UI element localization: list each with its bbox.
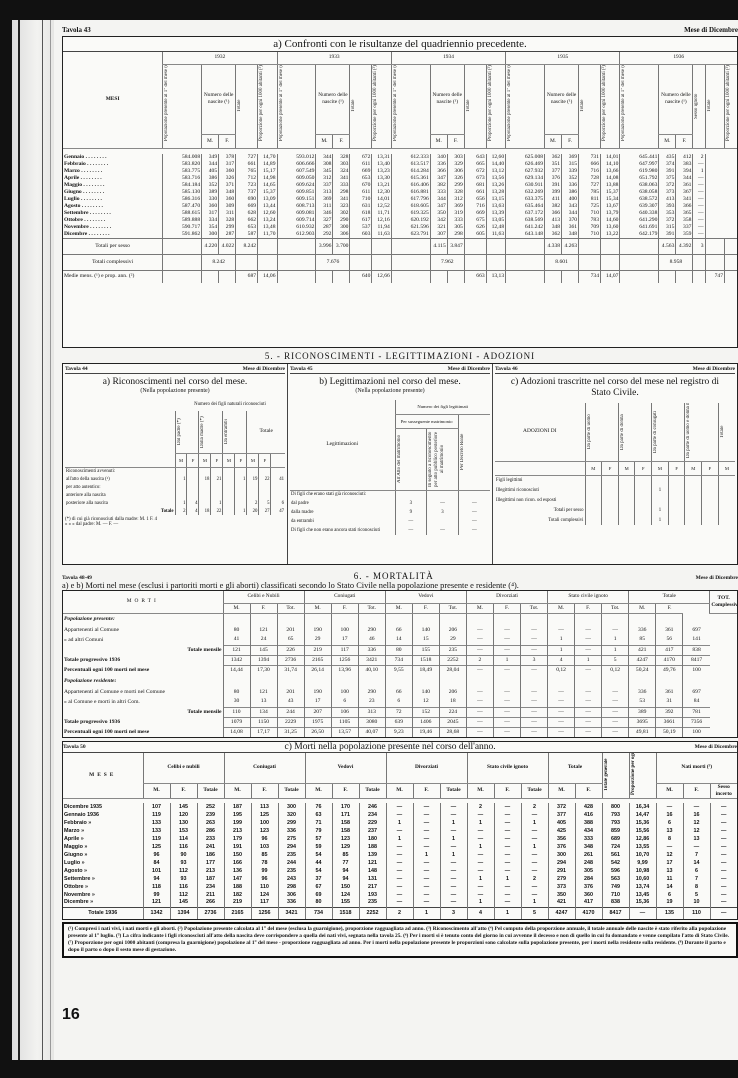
sub-header: F. — [250, 603, 277, 613]
table-row: dal padre3—— — [290, 499, 490, 508]
cell: 627.932 — [506, 168, 545, 175]
sub-header: F. — [493, 603, 520, 613]
table-row: Febbraio »133130263199100299711582291—11… — [63, 819, 737, 827]
col-popolazione: Popolazione presente al 1° del mese (esc… — [621, 71, 627, 141]
table-44-subtitle: (Nella popolazione presente) — [65, 388, 285, 394]
cell: 13,63 — [486, 203, 505, 210]
cell: 638.569 — [506, 217, 545, 224]
cell: 13,24 — [258, 217, 277, 224]
col-proporzione: Proporzione per ogni 1000 abitanti (²) — [726, 71, 732, 141]
table-row: Maggio »12511624119110329459129188———1—1… — [63, 843, 737, 851]
cell: 348 — [562, 231, 579, 239]
sub-header: Sesso incerto — [710, 783, 737, 798]
cell: 372 — [659, 182, 676, 189]
footnotes: (¹) Compresi i nati vivi, i nati morti e… — [62, 922, 738, 958]
cell: 13,09 — [258, 196, 277, 203]
cell: 14,10 — [600, 161, 619, 168]
col-numero-nascite: Numero delle nascite (¹) — [545, 64, 579, 134]
cell: 662 — [236, 217, 258, 224]
sub-header: M — [199, 453, 211, 467]
table-row: Agosto »101112213136992355494148——————29… — [63, 867, 737, 875]
cell: 389 — [202, 189, 219, 196]
cell: 661 — [236, 161, 258, 168]
year-1936: 1936 — [620, 52, 737, 64]
cell: 630.911 — [506, 182, 545, 189]
cell: 626 — [464, 224, 486, 231]
cell: 365 — [676, 210, 693, 217]
table-row: Dicembre . . . . . . . .591.862300287587… — [63, 231, 737, 239]
table-43: a) Confronti con le risultanze del quadr… — [62, 36, 738, 348]
cell: 727 — [236, 154, 258, 161]
cell: 317 — [219, 161, 236, 168]
cell: 399 — [545, 189, 562, 196]
table-row: posteriore alla nascita141256 — [65, 499, 285, 507]
cell: 609.624 — [277, 182, 316, 189]
table-row: Gennaio 193611912023919512532063171234——… — [63, 811, 737, 819]
col-numero-nascite: Numero delle nascite (¹) — [430, 64, 464, 134]
cell: 341 — [333, 196, 350, 203]
tavola-50-label: Tavola 50 — [63, 744, 86, 750]
cell: 625.008 — [506, 154, 545, 161]
month-name: Febbraio . . . . . . . . — [63, 161, 163, 168]
cell: 344 — [202, 161, 219, 168]
col-proporzione: Proporzione per ogni 1000 abitanti (²) — [488, 71, 494, 141]
cell: 344 — [316, 154, 333, 161]
cell: 13,22 — [600, 231, 619, 239]
sub-header: Tot. — [602, 603, 629, 613]
cell: 366 — [430, 168, 447, 175]
cell: 342 — [430, 217, 447, 224]
col-sesso-ignoto: Sesso ignoto — [694, 71, 700, 141]
cell: 306 — [333, 231, 350, 239]
cell: 311 — [219, 210, 236, 217]
cell: 15,37 — [600, 189, 619, 196]
cell: 13,21 — [372, 182, 391, 189]
col-dalla-madre: Dalla madre (*) — [200, 413, 206, 451]
table-row: Maggio . . . . . . . .584.18435237172314… — [63, 182, 737, 189]
cell: 716 — [464, 203, 486, 210]
sub-header: F. — [331, 603, 358, 613]
table-row: Dicembre »12114526621911733680155235———1… — [63, 899, 737, 907]
sub-header: Totale — [440, 783, 467, 798]
cell — [705, 182, 724, 189]
cell: 393 — [659, 203, 676, 210]
cell: 321 — [430, 224, 447, 231]
col-da-entrambi: Da entrambi — [224, 413, 230, 451]
cell: 583.716 — [163, 175, 202, 182]
table-row: Luglio . . . . . . . .586.31633036069013… — [63, 196, 737, 203]
table-row: Totale progressivo 193613421394273621651… — [63, 655, 737, 665]
sub-header: F — [259, 453, 271, 467]
cell: 14,01 — [600, 154, 619, 161]
cell: 382 — [545, 203, 562, 210]
cell: 302 — [333, 210, 350, 217]
sub-header: M — [223, 453, 235, 467]
tot-complessivo-header: TOT. Complessivo — [710, 591, 737, 613]
cell: 14,98 — [258, 175, 277, 182]
cell: 647.997 — [620, 161, 659, 168]
page-header: Tavola 43 Mese di Dicembre — [62, 26, 738, 36]
sub-header: F. — [494, 783, 521, 798]
month-name: Aprile . . . . . . . . — [63, 175, 163, 182]
col-popolazione: Popolazione presente al 1° del mese (esc… — [507, 71, 513, 141]
sub-header: Totale — [521, 783, 548, 798]
page-number: 16 — [62, 1006, 80, 1024]
cell — [705, 224, 724, 231]
cell: 386 — [562, 189, 579, 196]
table-row: Totale mensile11013424420710631372152224… — [63, 707, 737, 717]
sub-header: M. — [223, 603, 250, 613]
cell: 383 — [676, 161, 693, 168]
cell: 359 — [676, 231, 693, 239]
totali-complessivi-row: Totali complessivi8.2427.6767.9628.6018.… — [63, 255, 737, 271]
cell: 603 — [350, 231, 372, 239]
sub-header: Tot. — [521, 603, 548, 613]
cell: 328 — [447, 189, 464, 196]
sub-header: F — [211, 453, 223, 467]
total-row: Totale 193613421394273621651256342173415… — [63, 907, 737, 919]
cell: 382 — [430, 182, 447, 189]
cell: 341 — [333, 175, 350, 182]
cell: 606.666 — [277, 161, 316, 168]
sub-header: M. — [304, 603, 331, 613]
col-f: F. — [333, 134, 350, 148]
cell: — — [693, 210, 705, 217]
cell: 369 — [447, 203, 464, 210]
month-name: Agosto . . . . . . . . — [63, 203, 163, 210]
table-45-grid: Legittimazioni Numero dei figli legittim… — [290, 400, 490, 535]
table-44-note-2: » » » dal padre: M. — F. — — [65, 522, 285, 527]
cell: 643.148 — [506, 231, 545, 239]
sub-header: F. — [575, 603, 602, 613]
cell: 640.338 — [620, 210, 659, 217]
cell: 350 — [430, 210, 447, 217]
cell: 362 — [545, 231, 562, 239]
table-row: Popolazione presente: — [63, 613, 737, 625]
col-numero-nascite: Numero delle nascite (¹) — [202, 64, 236, 134]
cell: 12,52 — [372, 203, 391, 210]
cell: 14,70 — [258, 154, 277, 161]
table-row: Aprile . . . . . . . .583.71638632671214… — [63, 175, 737, 182]
cell: 13,40 — [372, 161, 391, 168]
cell: 731 — [579, 154, 601, 161]
cell: — — [693, 189, 705, 196]
table-row: Popolazione residente: — [63, 675, 737, 687]
cell: 13,88 — [600, 182, 619, 189]
tavola-label: Tavola 43 — [62, 26, 91, 36]
sub-header: M. — [466, 603, 493, 613]
month-name: Giugno . . . . . . . . — [63, 189, 163, 196]
cell: 1 — [693, 168, 705, 175]
cell: 323 — [333, 203, 350, 210]
month-label: Mese di Dicembre — [684, 26, 738, 36]
sub-header — [271, 453, 285, 467]
table-row: » ad altri Comuni412465291746141529———1—… — [63, 635, 737, 645]
col-m: M. — [659, 134, 676, 148]
sub-header: F. — [251, 783, 278, 798]
cell: 13,44 — [258, 203, 277, 210]
cell: 348 — [219, 189, 236, 196]
cell: 344 — [430, 196, 447, 203]
cell: 14,60 — [600, 217, 619, 224]
cell — [705, 168, 724, 175]
cell: 583.775 — [163, 168, 202, 175]
cell: 305 — [447, 224, 464, 231]
col-totale: Totale — [247, 411, 285, 453]
cell: 308 — [316, 161, 333, 168]
cell: 405 — [202, 168, 219, 175]
table-row: Figli legittimi — [495, 475, 735, 485]
cell: 645.441 — [620, 154, 659, 161]
table-row: da entrambi—— — [290, 517, 490, 526]
table-row: Totale mensile12114522621911733680155235… — [63, 645, 737, 655]
sub-header: F — [235, 453, 247, 467]
cell: 13,12 — [486, 168, 505, 175]
cell: 360 — [219, 196, 236, 203]
cell: 13,56 — [486, 175, 505, 182]
cell: 341 — [676, 196, 693, 203]
legittimazioni-header: Legittimazioni — [290, 400, 395, 490]
cell: 607.549 — [277, 168, 316, 175]
month-name: Novembre . . . . . . . . — [63, 224, 163, 231]
table-44-title: a) Riconoscimenti nel corso del mese. — [65, 377, 285, 388]
month-name: Ottobre . . . . . . . . — [63, 217, 163, 224]
sub-header: M — [685, 461, 702, 475]
cell: 643 — [464, 154, 486, 161]
cell: 709 — [579, 224, 601, 231]
col-f: F. — [562, 134, 579, 148]
cell: 611 — [350, 161, 372, 168]
table-row: Agosto . . . . . . . .587.47036030966913… — [63, 203, 737, 210]
cell: 343 — [562, 203, 579, 210]
cell: 537 — [350, 224, 372, 231]
cell — [705, 189, 724, 196]
cell: 14,01 — [372, 196, 391, 203]
col-donna: Da parte di donna — [620, 406, 626, 458]
sub-header: F. — [412, 603, 439, 613]
cell: 14,08 — [600, 175, 619, 182]
cell: 609.714 — [277, 217, 316, 224]
sub-header: M. — [385, 603, 412, 613]
cell: 616.406 — [391, 182, 430, 189]
col-atto-matrimonio: All'Atto del matrimonio — [397, 430, 403, 488]
cell: 13,60 — [600, 224, 619, 231]
cell: 374 — [659, 161, 676, 168]
cell: — — [693, 196, 705, 203]
table-50: Tavola 50 c) Morti nella popolazione pre… — [62, 741, 738, 920]
adozioni-header: ADOZIONI DI — [495, 403, 585, 461]
cell: 317 — [202, 210, 219, 217]
cell: 337 — [316, 182, 333, 189]
month-name: Maggio . . . . . . . . — [63, 182, 163, 189]
cell: 618.605 — [391, 203, 430, 210]
cell: 348 — [545, 224, 562, 231]
mese-header: MESE — [63, 753, 143, 798]
cell: 609.851 — [277, 189, 316, 196]
month-name: Gennaio . . . . . . . . — [63, 154, 163, 161]
sub-header: M. — [467, 783, 494, 798]
table-row: anteriore alla nascita — [65, 491, 285, 499]
cell: 300 — [333, 224, 350, 231]
table-43-title: a) Confronti con le risultanze del quadr… — [63, 37, 737, 52]
sub-header: M. — [224, 783, 251, 798]
cell: 337 — [676, 224, 693, 231]
cell: 672 — [350, 154, 372, 161]
cell: 333 — [430, 189, 447, 196]
sub-header: M — [247, 453, 259, 467]
cell: 361 — [562, 224, 579, 231]
cell — [705, 154, 724, 161]
group-header: Vedovi — [385, 591, 466, 603]
sub-header: M — [175, 453, 187, 467]
cell: 591.862 — [163, 231, 202, 239]
table-row: Di figli che non erano ancora stati rico… — [290, 526, 490, 535]
group-header: Totale — [629, 591, 710, 603]
cell: 339 — [562, 168, 579, 175]
cell: 638.572 — [620, 196, 659, 203]
cell: 609.050 — [277, 175, 316, 182]
cell: 326 — [447, 175, 464, 182]
cell: 333 — [447, 217, 464, 224]
month-name: Settembre . . . . . . . . — [63, 210, 163, 217]
cell: 623.791 — [391, 231, 430, 239]
table-row: Percentuali ogni 100 morti nel mese14,44… — [63, 665, 737, 675]
table-row: Luglio »8493177166782444477121——————2942… — [63, 859, 737, 867]
table-row: Settembre »9493187147962433794131———1122… — [63, 875, 737, 883]
cell: 586.316 — [163, 196, 202, 203]
cell: 609.151 — [277, 196, 316, 203]
cell: 15,37 — [258, 189, 277, 196]
table-50-title: c) Morti nella popolazione presente nel … — [285, 742, 496, 752]
tavola-45-label: Tavola 45 — [290, 366, 313, 372]
year-1935: 1935 — [506, 52, 620, 64]
cell: 307 — [430, 231, 447, 239]
table-46: Tavola 46 Mese di Dicembre c) Adozioni t… — [493, 364, 737, 564]
table-row: Percentuali ogni 100 morti nel mese14,08… — [63, 727, 737, 737]
col-numero-nascite: Numero delle nascite (¹) — [659, 64, 693, 134]
col-popolazione: Popolazione presente al 1° del mese (esc… — [393, 71, 399, 141]
table-row: Totale2418221202747 — [65, 507, 285, 515]
cell: 287 — [316, 224, 333, 231]
col-proporzione: Proporzione per ogni 1000 abitanti (²) — [373, 71, 379, 141]
cell: 391 — [659, 231, 676, 239]
cell: 638.063 — [620, 182, 659, 189]
cell: 621.596 — [391, 224, 430, 231]
month-name: Marzo . . . . . . . . — [63, 168, 163, 175]
cell: 673 — [464, 175, 486, 182]
cell: 315 — [562, 161, 579, 168]
sub-header: M. — [548, 603, 575, 613]
col-proporzione: Proporzione per ogni 1000 abitanti (²) — [602, 71, 608, 141]
cell: 329 — [447, 161, 464, 168]
table-row: Dicembre 193510714525218711330076170246—… — [63, 803, 737, 811]
cell: 614.284 — [391, 168, 430, 175]
cell — [705, 217, 724, 224]
tavola-50-month: Mese di Dicembre — [695, 744, 737, 750]
col-decreto-reale: Per Decreto Reale — [460, 422, 466, 482]
cell: 669 — [236, 203, 258, 210]
sub-header: Totale — [278, 783, 305, 798]
cell: 610.932 — [277, 224, 316, 231]
cell: 11,63 — [372, 231, 391, 239]
table-row: dalla madre93— — [290, 508, 490, 517]
cell: 587.470 — [163, 203, 202, 210]
cell: 605 — [464, 231, 486, 239]
cell: 13,66 — [600, 168, 619, 175]
col-riconoscimento: In seguito a riconoscimento per atto pub… — [428, 430, 446, 488]
cell: 712 — [236, 175, 258, 182]
group-header: Celibi e Nubili — [223, 591, 304, 603]
cell: 13,26 — [486, 182, 505, 189]
cell: 376 — [545, 175, 562, 182]
cell: 710 — [579, 231, 601, 239]
cell: 765 — [236, 168, 258, 175]
cell: 785 — [579, 189, 601, 196]
table-45: Tavola 45 Mese di Dicembre b) Legittimaz… — [288, 364, 493, 564]
cell: 333 — [333, 182, 350, 189]
cell: 13,05 — [486, 217, 505, 224]
cell: 336 — [562, 182, 579, 189]
cell: 811 — [579, 196, 601, 203]
cell: 378 — [219, 154, 236, 161]
tavola-44-label: Tavola 44 — [65, 366, 88, 372]
cell: 727 — [579, 182, 601, 189]
table-row: Totale progressivo 193610791150222919751… — [63, 717, 737, 727]
cell: 628 — [236, 210, 258, 217]
cell: 642.179 — [620, 231, 659, 239]
cell: 13,31 — [372, 154, 391, 161]
cell: 665 — [464, 161, 486, 168]
cell: — — [693, 217, 705, 224]
table-row: Illegittimi non ricon. od esposti — [495, 495, 735, 505]
cell: 369 — [562, 154, 579, 161]
nati-morti-header: Nati morti (⁵) — [656, 753, 737, 783]
cell: 386 — [202, 175, 219, 182]
cell: 672 — [464, 168, 486, 175]
group-header: Celibi e nubili — [143, 753, 224, 783]
cell: 588.615 — [163, 210, 202, 217]
cell: 670 — [350, 182, 372, 189]
table-row: Marzo »13315328621312333679158237——————4… — [63, 827, 737, 835]
cell: 400 — [562, 196, 579, 203]
cell: 783 — [579, 217, 601, 224]
col-proporzione: Proporzione per ogni 1000 abitanti (²) — [259, 71, 265, 141]
tavola-44-month: Mese di Dicembre — [243, 366, 285, 372]
section-5-title: 5. - RICONOSCIMENTI - LEGITTIMAZIONI - A… — [62, 351, 738, 361]
cell: 313 — [316, 189, 333, 196]
col-dal-padre: Dal padre (*) — [177, 413, 183, 451]
cell: 13,30 — [372, 175, 391, 182]
cell: 344 — [676, 175, 693, 182]
col-m: M. — [316, 134, 333, 148]
cell: 619.325 — [391, 210, 430, 217]
book-spine — [12, 20, 54, 1060]
cell: 287 — [219, 231, 236, 239]
table-row: Totali per sesso1 — [495, 505, 735, 515]
cell: 12,16 — [372, 217, 391, 224]
year-1933: 1933 — [277, 52, 391, 64]
cell: 360 — [219, 168, 236, 175]
cell: 366 — [545, 210, 562, 217]
cell: 394 — [676, 168, 693, 175]
table-row: Di figli che erano stati già riconosciut… — [290, 490, 490, 499]
cell: 611 — [350, 189, 372, 196]
cell: 315 — [659, 224, 676, 231]
document-content: Tavola 43 Mese di Dicembre a) Confronti … — [62, 26, 738, 958]
cell: 435 — [659, 154, 676, 161]
sub-header: M. — [143, 783, 170, 798]
month-name: Luglio . . . . . . . . — [63, 196, 163, 203]
